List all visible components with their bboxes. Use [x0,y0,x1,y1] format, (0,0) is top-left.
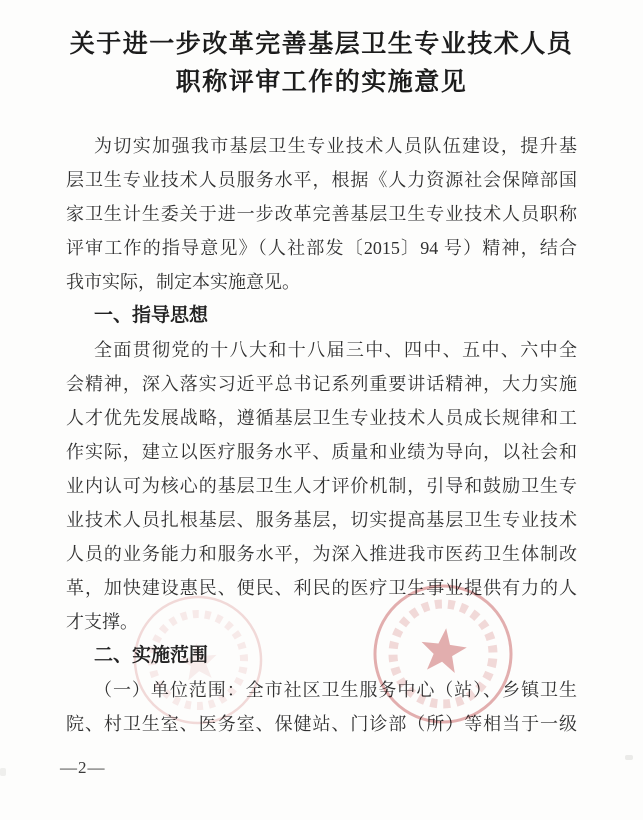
paragraph-line: 层卫生专业技术人员服务水平，根据《人力资源社会保障部国 [66,163,577,197]
paragraph-line: （一）单位范围：全市社区卫生服务中心（站）、乡镇卫生 [66,673,577,707]
paragraph-line: 人员的业务能力和服务水平，为深入推进我市医药卫生体制改 [66,537,577,571]
paragraph-line: 评审工作的指导意见》（人社部发〔2015〕94 号）精神，结合 [66,231,577,265]
scan-artifact [0,768,6,776]
title-line-2: 职称评审工作的实施意见 [30,64,613,102]
title-line-1: 关于进一步改革完善基层卫生专业技术人员 [30,26,613,64]
paragraph-line: 全面贯彻党的十八大和十八届三中、四中、五中、六中全 [66,333,577,367]
document-page: 关于进一步改革完善基层卫生专业技术人员 职称评审工作的实施意见 为切实加强我市基… [0,0,643,820]
document-title: 关于进一步改革完善基层卫生专业技术人员 职称评审工作的实施意见 [30,26,613,102]
paragraph-line: 院、村卫生室、医务室、保健站、门诊部（所）等相当于一级 [66,707,577,741]
paragraph-line: 作实际，建立以医疗服务水平、质量和业绩为导向，以社会和 [66,435,577,469]
paragraph-line: 为切实加强我市基层卫生专业技术人员队伍建设，提升基 [66,129,577,163]
section-heading-1: 一、指导思想 [66,299,577,333]
paragraph-line: 业内认可为核心的基层卫生人才评价机制，引导和鼓励卫生专 [66,469,577,503]
paragraph-line: 家卫生计生委关于进一步改革完善基层卫生专业技术人员职称 [66,197,577,231]
paragraph-line: 革，加快建设惠民、便民、利民的医疗卫生事业提供有力的人 [66,571,577,605]
paragraph-line: 业技术人员扎根基层、服务基层，切实提高基层卫生专业技术 [66,503,577,537]
paragraph-line: 人才优先发展战略，遵循基层卫生专业技术人员成长规律和工 [66,401,577,435]
document-body: 为切实加强我市基层卫生专业技术人员队伍建设，提升基 层卫生专业技术人员服务水平，… [66,129,577,741]
paragraph-line: 才支撑。 [66,605,577,639]
scan-artifact [625,755,633,760]
paragraph-line: 我市实际，制定本实施意见。 [66,265,577,299]
section-heading-2: 二、实施范围 [66,639,577,673]
page-number: —2— [60,758,106,778]
paragraph-line: 会精神，深入落实习近平总书记系列重要讲话精神，大力实施 [66,367,577,401]
